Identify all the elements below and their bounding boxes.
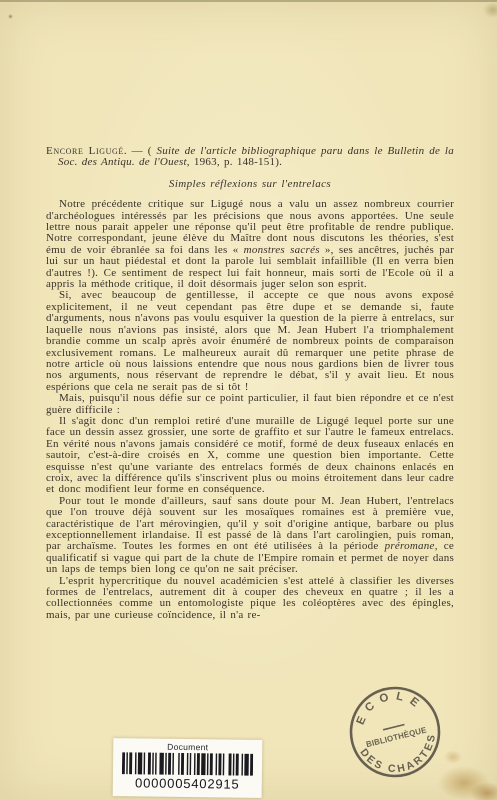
paragraph: Si, avec beaucoup de gentillesse, il acc… <box>46 290 454 393</box>
barcode-bar <box>144 752 146 774</box>
barcode-bar <box>228 754 231 776</box>
text-run: Encore Ligugé <box>46 145 124 157</box>
paper-stain <box>483 2 497 18</box>
barcode-bar <box>135 752 137 774</box>
barcode-bar <box>215 753 217 775</box>
stamp-divider-line <box>383 724 404 729</box>
barcode-bar <box>236 754 239 776</box>
stamp-center-text: BIBLIOTHÈQUE <box>365 724 428 749</box>
barcode-bar <box>197 753 200 775</box>
barcode-bar <box>148 753 151 775</box>
barcode-bar <box>244 754 249 776</box>
text-run: Mais, puisqu'il nous défie sur ce point … <box>46 392 454 415</box>
barcode-bar <box>138 752 143 774</box>
barcode-bar <box>155 753 157 775</box>
barcode-bar <box>210 753 213 775</box>
barcode-bar <box>207 753 209 775</box>
barcode-bar <box>190 753 192 775</box>
barcode-bar <box>187 753 189 775</box>
barcode-bar <box>129 752 132 774</box>
barcode-label: Document 0000005402915 <box>113 738 263 798</box>
barcode-bar <box>122 752 125 774</box>
barcode-bar <box>250 754 253 776</box>
barcode-bar <box>233 754 235 776</box>
barcode-bar <box>181 753 184 775</box>
barcode-bar <box>126 752 128 774</box>
barcode-bar <box>172 753 174 775</box>
scan-edge <box>0 0 497 2</box>
text-run: préromane <box>385 540 435 552</box>
barcode-bar <box>241 754 243 776</box>
text-run: monstres sacrés <box>244 244 320 256</box>
scanned-page: { "document": { "header_runs": [ {"t": "… <box>0 0 497 800</box>
barcode-bar <box>218 753 221 775</box>
paragraph: Mais, puisqu'il nous défie sur ce point … <box>46 393 454 416</box>
text-run: Il s'agit donc d'un remploi retiré d'une… <box>46 415 454 495</box>
barcode-number: 0000005402915 <box>135 775 240 791</box>
text-run: , 1963, p. 148-151). <box>187 156 282 168</box>
article-text-column: Encore Ligugé. — ( Suite de l'article bi… <box>46 146 454 621</box>
library-stamp: ECOLE DES CHARTES BIBLIOTHÈQUE <box>334 671 455 792</box>
barcode-bar <box>223 753 225 775</box>
text-run: L'esprit hypercritique du nouvel académi… <box>46 575 454 621</box>
paragraph: Il s'agit donc d'un remploi retiré d'une… <box>46 416 454 496</box>
paper-stain <box>470 782 497 800</box>
barcode-bar <box>201 753 206 775</box>
barcode-bar <box>178 753 180 775</box>
paragraph: L'esprit hypercritique du nouvel académi… <box>46 576 454 622</box>
stamp-top-arc-text: ECOLE <box>349 683 427 729</box>
barcode-bar <box>165 753 167 775</box>
article-body: Notre précédente critique sur Ligugé nou… <box>46 199 454 621</box>
paragraph: Notre précédente critique sur Ligugé nou… <box>46 199 454 290</box>
barcode-bar <box>168 753 171 775</box>
barcode-bar <box>152 753 154 775</box>
text-run: . — ( <box>124 145 157 157</box>
barcode-bar <box>159 753 164 775</box>
barcode-bar <box>194 753 196 775</box>
barcode-label-title: Document <box>167 742 208 753</box>
paragraph: Pour tout le monde d'ailleurs, sauf sans… <box>46 496 454 576</box>
section-title: Simples réflexions sur l'entrelacs <box>46 179 454 190</box>
paper-stain <box>438 766 490 800</box>
barcode-icon <box>122 752 253 776</box>
paper-stain <box>8 14 13 19</box>
text-run: Si, avec beaucoup de gentillesse, il acc… <box>46 289 454 392</box>
stamp-top-arc: ECOLE <box>349 683 427 729</box>
article-reference: Encore Ligugé. — ( Suite de l'article bi… <box>46 146 454 169</box>
